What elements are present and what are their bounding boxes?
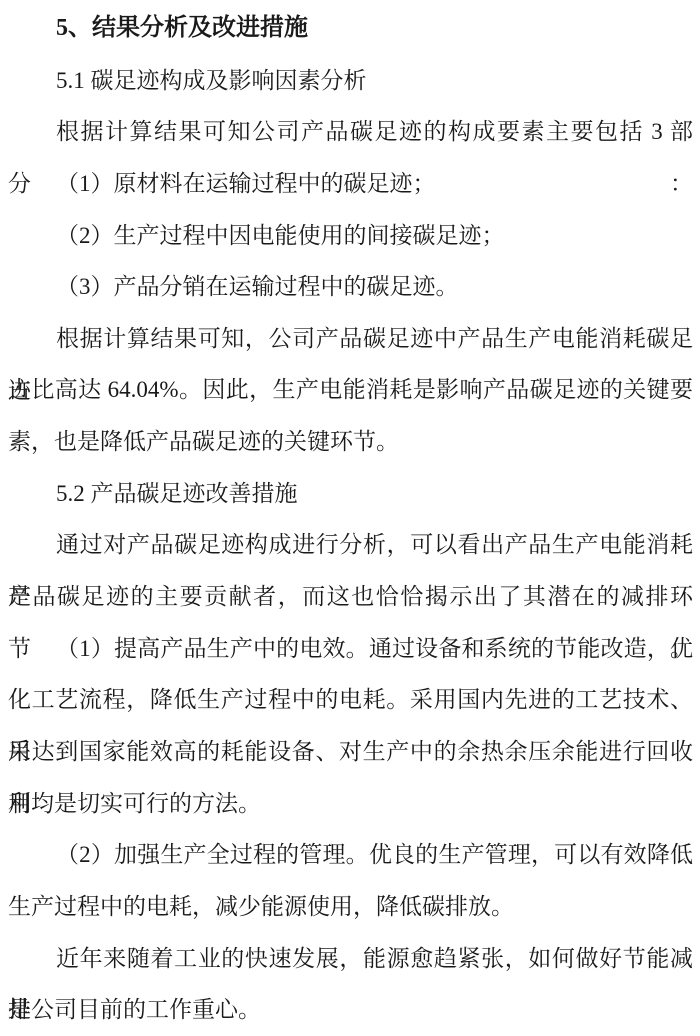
measure-2-line-1: （2）加强生产全过程的管理。优良的生产管理，可以有效降低 <box>8 829 693 881</box>
section-5-heading: 5、结果分析及改进措施 <box>8 3 693 55</box>
measure-1-line-3: 用达到国家能效高的耗能设备、对生产中的余热余压余能进行回收利 <box>8 726 693 778</box>
measure-2-line-2: 生产过程中的电耗，减少能源使用，降低碳排放。 <box>8 881 693 933</box>
paragraph-analysis-line-3: 素，也是降低产品碳足迹的关键环节。 <box>8 416 693 468</box>
paragraph-components-intro: 根据计算结果可知公司产品碳足迹的构成要素主要包括 3 部分： <box>8 106 693 158</box>
section-5-1-heading: 5.1 碳足迹构成及影响因素分析 <box>8 55 693 107</box>
section-5-2-heading: 5.2 产品碳足迹改善措施 <box>8 468 693 520</box>
list-item-electric-energy: （2）生产过程中因电能使用的间接碳足迹； <box>8 210 693 262</box>
measure-1-line-4: 用均是切实可行的方法。 <box>8 778 693 830</box>
paragraph-analysis-line-2: 占比高达 64.04%。因此，生产电能消耗是影响产品碳足迹的关键要 <box>8 364 693 416</box>
measure-1-line-1: （1）提高产品生产中的电效。通过设备和系统的节能改造，优 <box>8 623 693 675</box>
paragraph-closing-line-1: 近年来随着工业的快速发展，能源愈趋紧张，如何做好节能减排 <box>8 933 693 985</box>
paragraph-closing-line-2: 是公司目前的工作重心。 <box>8 984 693 1036</box>
list-item-distribution: （3）产品分销在运输过程中的碳足迹。 <box>8 261 693 313</box>
paragraph-measures-intro-line-1: 通过对产品碳足迹构成进行分析，可以看出产品生产电能消耗是 <box>8 519 693 571</box>
measure-1-line-2: 化工艺流程，降低生产过程中的电耗。采用国内先进的工艺技术、采 <box>8 674 693 726</box>
document-page: 5、结果分析及改进措施 5.1 碳足迹构成及影响因素分析 根据计算结果可知公司产… <box>0 0 700 1036</box>
paragraph-measures-intro-line-2: 产品碳足迹的主要贡献者，而这也恰恰揭示出了其潜在的减排环节。 <box>8 571 693 623</box>
paragraph-analysis-line-1: 根据计算结果可知，公司产品碳足迹中产品生产电能消耗碳足迹 <box>8 313 693 365</box>
